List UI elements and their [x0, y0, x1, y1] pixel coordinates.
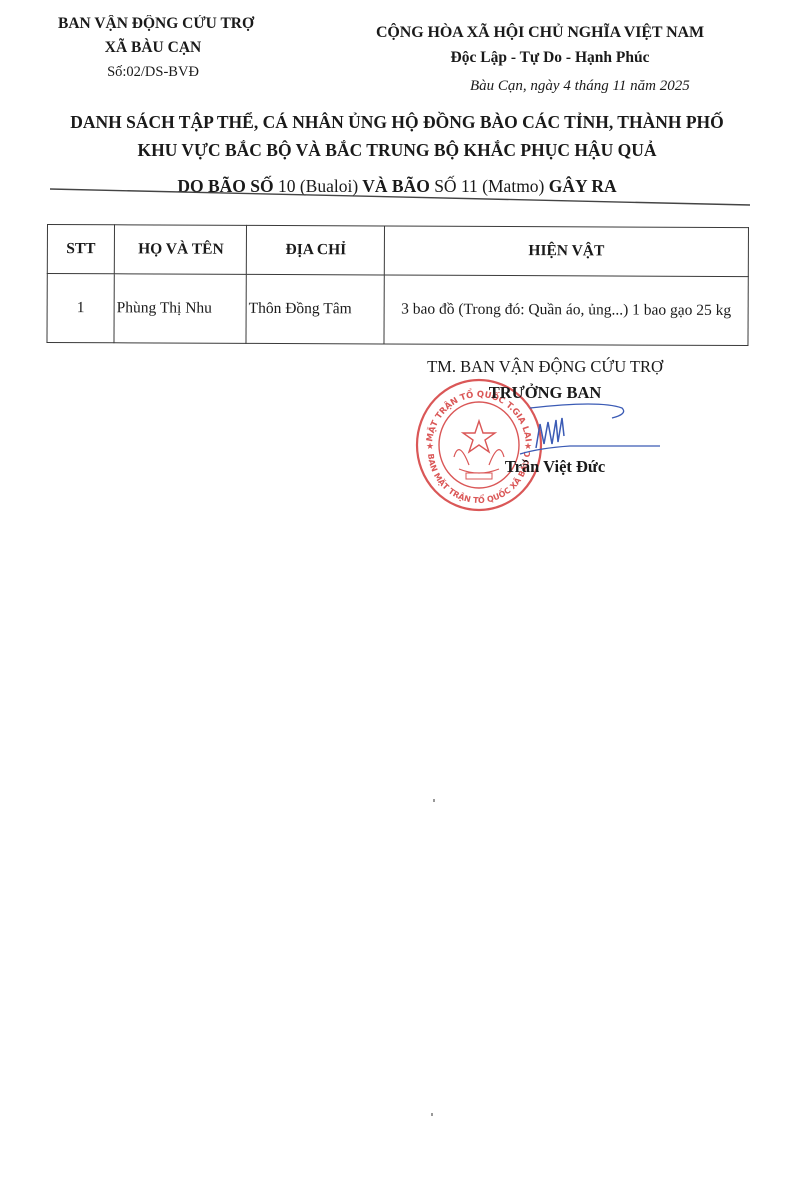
- cell-stt: 1: [47, 274, 114, 343]
- column-header-stt: STT: [47, 225, 114, 274]
- commune-name: XÃ BÀU CẠN: [58, 39, 248, 57]
- cell-address: Thôn Đồng Tâm: [246, 274, 384, 344]
- signature-on-behalf: TM. BAN VẬN ĐỘNG CỨU TRỢ: [395, 357, 695, 377]
- column-header-name: HỌ VÀ TÊN: [114, 225, 246, 275]
- date-line: Bàu Cạn, ngày 4 tháng 11 năm 2025: [470, 78, 690, 95]
- column-header-items: HIỆN VẬT: [384, 226, 748, 277]
- signer-name: Trần Việt Đức: [470, 457, 640, 477]
- cell-name: Phùng Thị Nhu: [114, 274, 246, 344]
- table-header-row: STT HỌ VÀ TÊN ĐỊA CHỈ HIỆN VẬT: [47, 225, 748, 277]
- scan-speck: [431, 1113, 433, 1116]
- national-title: CỘNG HÒA XÃ HỘI CHỦ NGHĨA VIỆT NAM: [350, 24, 730, 42]
- cell-items: 3 bao đồ (Trong đó: Quần áo, ủng...) 1 b…: [384, 275, 748, 346]
- donor-table: STT HỌ VÀ TÊN ĐỊA CHỈ HIỆN VẬT 1 Phùng T…: [46, 224, 749, 346]
- organization-name: BAN VẬN ĐỘNG CỨU TRỢ: [58, 15, 258, 33]
- document-title-line-1: DANH SÁCH TẬP THỂ, CÁ NHÂN ỦNG HỘ ĐỒNG B…: [30, 112, 764, 133]
- column-header-address: ĐỊA CHỈ: [246, 225, 384, 275]
- svg-text:★: ★: [426, 442, 434, 452]
- national-motto: Độc Lập - Tự Do - Hạnh Phúc: [350, 49, 750, 67]
- document-number: Số:02/DS-BVĐ: [58, 64, 248, 81]
- title-underline-divider: [50, 188, 750, 206]
- table-row: 1 Phùng Thị Nhu Thôn Đồng Tâm 3 bao đồ (…: [47, 274, 748, 346]
- document-title-line-2: KHU VỰC BẮC BỘ VÀ BẮC TRUNG BỘ KHẮC PHỤC…: [30, 140, 764, 161]
- scan-speck: [433, 799, 435, 802]
